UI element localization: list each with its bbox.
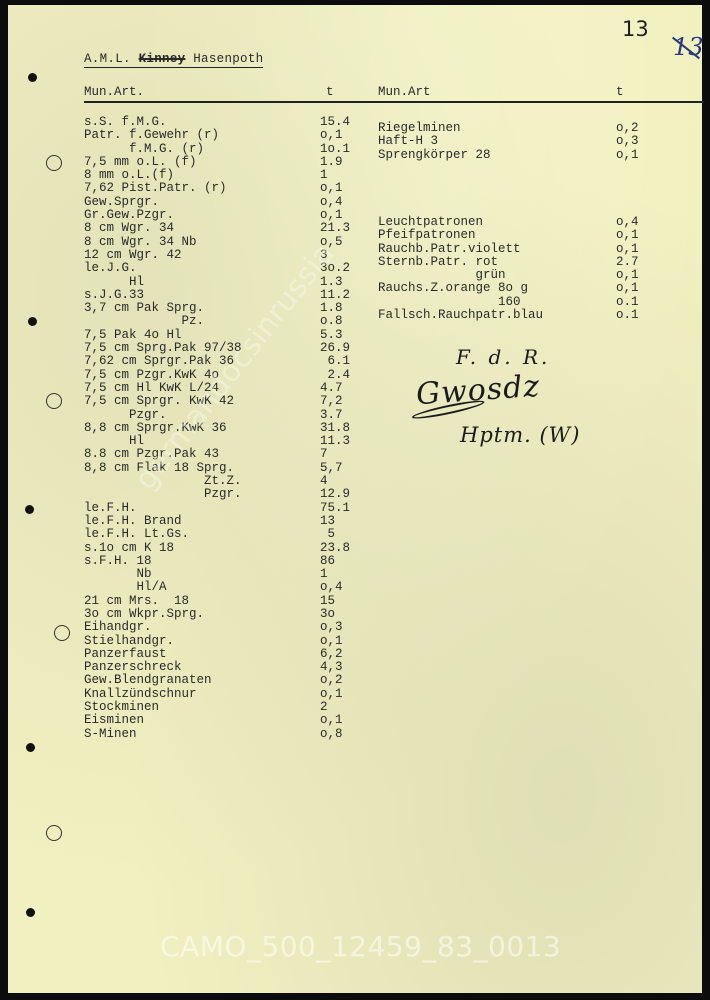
munition-row: 160o.1 bbox=[378, 296, 668, 309]
munition-type: Knallzündschnur bbox=[84, 688, 197, 701]
munition-tonnage: o,2 bbox=[616, 122, 639, 135]
munition-type: Gew.Sprgr. bbox=[84, 196, 159, 209]
header-rule bbox=[84, 101, 704, 103]
munition-tonnage: 6,2 bbox=[320, 648, 343, 661]
munition-type: Gr.Gew.Pzgr. bbox=[84, 209, 174, 222]
document-page: 13 13 A.M.L. Kinney Hasenpoth Mun.Art. t… bbox=[8, 5, 702, 993]
munition-tonnage: 1.8 bbox=[320, 302, 343, 315]
munition-row: Knallzündschnuro,1 bbox=[84, 688, 374, 701]
punch-hole bbox=[26, 908, 35, 917]
munition-row: Pz.o.8 bbox=[84, 315, 374, 328]
munition-row: 7,62 Pist.Patr. (r)o,1 bbox=[84, 182, 374, 195]
munition-type: grün bbox=[378, 269, 506, 282]
munition-tonnage: 6.1 bbox=[320, 355, 350, 368]
munition-row: 8 cm Wgr. 34 Nbo,5 bbox=[84, 236, 374, 249]
munition-type: le.F.H. bbox=[84, 502, 137, 515]
munition-type: Hl bbox=[84, 276, 144, 289]
munition-type: s.S. f.M.G. bbox=[84, 116, 167, 129]
munition-tonnage: o,3 bbox=[320, 621, 343, 634]
munition-row: 7,5 Pak 4o Hl5.3 bbox=[84, 329, 374, 342]
munition-row: grüno,1 bbox=[378, 269, 668, 282]
munition-type: Fallsch.Rauchpatr.blau bbox=[378, 309, 543, 322]
munition-type: Hl/A bbox=[84, 581, 167, 594]
munition-type: Stockminen bbox=[84, 701, 159, 714]
title-place: Hasenpoth bbox=[193, 52, 263, 66]
munition-type: le.J.G. bbox=[84, 262, 137, 275]
munition-tonnage: 2.4 bbox=[320, 369, 350, 382]
munition-row: s.J.G.3311.2 bbox=[84, 289, 374, 302]
munition-type: 8 cm Wgr. 34 Nb bbox=[84, 236, 197, 249]
munition-type: Pfeifpatronen bbox=[378, 229, 476, 242]
munition-tonnage: o,3 bbox=[616, 135, 639, 148]
punch-hole bbox=[25, 505, 34, 514]
munition-tonnage: o,2 bbox=[320, 674, 343, 687]
munition-tonnage: 15 bbox=[320, 595, 335, 608]
ring-mark bbox=[46, 155, 62, 171]
munition-tonnage: o,1 bbox=[320, 714, 343, 727]
munition-tonnage: o,8 bbox=[320, 728, 343, 741]
right-munitions-list-2: Leuchtpatroneno,4Pfeifpatroneno,1Rauchb.… bbox=[378, 216, 668, 322]
munition-row: le.F.H. Lt.Gs. 5 bbox=[84, 528, 374, 541]
munition-tonnage: 4 bbox=[320, 475, 328, 488]
munition-type: s.1o cm K 18 bbox=[84, 542, 174, 555]
munition-row: Hl/Ao,4 bbox=[84, 581, 374, 594]
munition-type: f.M.G. (r) bbox=[84, 143, 204, 156]
munition-tonnage: o,1 bbox=[616, 269, 639, 282]
munition-tonnage: 1o.1 bbox=[320, 143, 350, 156]
munition-tonnage: o,1 bbox=[320, 635, 343, 648]
munition-tonnage: 7,2 bbox=[320, 395, 343, 408]
munition-row: le.F.H. Brand13 bbox=[84, 515, 374, 528]
page-number: 13 bbox=[622, 17, 649, 41]
munition-row: 21 cm Mrs. 1815 bbox=[84, 595, 374, 608]
munition-row: Hl1.3 bbox=[84, 276, 374, 289]
munition-tonnage: 11.2 bbox=[320, 289, 350, 302]
munition-type: 7,5 mm o.L. (f) bbox=[84, 156, 197, 169]
munition-tonnage: 26.9 bbox=[320, 342, 350, 355]
right-header-name: Mun.Art bbox=[378, 85, 431, 99]
ring-mark bbox=[54, 625, 70, 641]
munition-row: 8 mm o.L.(f)1 bbox=[84, 169, 374, 182]
munition-row: Sternb.Patr. rot2.7 bbox=[378, 256, 668, 269]
munition-tonnage: o,4 bbox=[616, 216, 639, 229]
munition-row: Zt.Z.4 bbox=[84, 475, 374, 488]
munition-type: 7,62 Pist.Patr. (r) bbox=[84, 182, 227, 195]
munition-row: Pfeifpatroneno,1 bbox=[378, 229, 668, 242]
munition-type: Patr. f.Gewehr (r) bbox=[84, 129, 219, 142]
munition-tonnage: o,4 bbox=[320, 196, 343, 209]
munition-type: 3,7 cm Pak Sprg. bbox=[84, 302, 204, 315]
munition-type: 12 cm Wgr. 42 bbox=[84, 249, 182, 262]
munition-tonnage: 75.1 bbox=[320, 502, 350, 515]
munition-row: 8.8 cm Pzgr.Pak 437 bbox=[84, 448, 374, 461]
munition-row: Gr.Gew.Pzgr.o,1 bbox=[84, 209, 374, 222]
munition-tonnage: 23.8 bbox=[320, 542, 350, 555]
munition-tonnage: 21.3 bbox=[320, 222, 350, 235]
munition-type: Hl bbox=[84, 435, 144, 448]
munition-tonnage: 5.3 bbox=[320, 329, 343, 342]
munition-row: 3,7 cm Pak Sprg.1.8 bbox=[84, 302, 374, 315]
signature-name: Gwosdz bbox=[415, 369, 541, 413]
left-header-name: Mun.Art. bbox=[84, 85, 144, 99]
munition-row: S-Mineno,8 bbox=[84, 728, 374, 741]
munition-type: Pzgr. bbox=[84, 488, 242, 501]
munition-type: Panzerfaust bbox=[84, 648, 167, 661]
munition-type: le.F.H. Lt.Gs. bbox=[84, 528, 189, 541]
munition-tonnage: 5,7 bbox=[320, 462, 343, 475]
munition-tonnage: 11.3 bbox=[320, 435, 350, 448]
munition-tonnage: o,1 bbox=[320, 182, 343, 195]
munition-tonnage: 1 bbox=[320, 169, 328, 182]
munition-type: 160 bbox=[378, 296, 521, 309]
title-struck-word: Kinney bbox=[139, 52, 186, 66]
munition-row: le.F.H.75.1 bbox=[84, 502, 374, 515]
munition-tonnage: 13 bbox=[320, 515, 335, 528]
munition-type: Gew.Blendgranaten bbox=[84, 674, 212, 687]
munition-type: Nb bbox=[84, 568, 152, 581]
munition-tonnage: 3o bbox=[320, 608, 335, 621]
munition-type: Pz. bbox=[84, 315, 204, 328]
munition-row: Gew.Blendgranateno,2 bbox=[84, 674, 374, 687]
munition-row: Pzgr.3.7 bbox=[84, 409, 374, 422]
munition-tonnage: 5 bbox=[320, 528, 335, 541]
munition-tonnage: 2 bbox=[320, 701, 328, 714]
munition-row: Panzerschreck4,3 bbox=[84, 661, 374, 674]
munition-type: 3o cm Wkpr.Sprg. bbox=[84, 608, 204, 621]
archive-watermark: CAMO_500_12459_83_0013 bbox=[160, 930, 561, 963]
munition-type: Riegelminen bbox=[378, 122, 461, 135]
munition-type: 7,5 cm Sprg.Pak 97/38 bbox=[84, 342, 242, 355]
punch-hole bbox=[28, 317, 37, 326]
munition-tonnage: o.8 bbox=[320, 315, 343, 328]
left-munitions-list: s.S. f.M.G.15.4Patr. f.Gewehr (r)o,1 f.M… bbox=[84, 116, 374, 741]
munition-tonnage: o,4 bbox=[320, 581, 343, 594]
munition-tonnage: 86 bbox=[320, 555, 335, 568]
munition-row: Riegelmineno,2 bbox=[378, 122, 668, 135]
munition-row: Sprengkörper 28o,1 bbox=[378, 149, 668, 162]
munition-row: Pzgr.12.9 bbox=[84, 488, 374, 501]
munition-type: 21 cm Mrs. 18 bbox=[84, 595, 189, 608]
munition-type: Stielhandgr. bbox=[84, 635, 174, 648]
munition-row: 7,5 mm o.L. (f)1.9 bbox=[84, 156, 374, 169]
munition-type: Sternb.Patr. rot bbox=[378, 256, 498, 269]
munition-type: 8 mm o.L.(f) bbox=[84, 169, 174, 182]
munition-row: Patr. f.Gewehr (r)o,1 bbox=[84, 129, 374, 142]
munition-type: 7,5 Pak 4o Hl bbox=[84, 329, 182, 342]
crossed-old-page-number: 13 bbox=[673, 33, 704, 61]
munition-row: Rauchb.Patr.violetto,1 bbox=[378, 243, 668, 256]
munition-tonnage: o,1 bbox=[616, 229, 639, 242]
munition-type: S-Minen bbox=[84, 728, 137, 741]
munition-tonnage: o,1 bbox=[320, 688, 343, 701]
punch-hole bbox=[28, 73, 37, 82]
munition-row: s.S. f.M.G.15.4 bbox=[84, 116, 374, 129]
munition-row: 8,8 cm Sprgr.KwK 3631.8 bbox=[84, 422, 374, 435]
munition-row: Stockminen2 bbox=[84, 701, 374, 714]
munition-tonnage: 3.7 bbox=[320, 409, 343, 422]
munition-tonnage: o,1 bbox=[616, 149, 639, 162]
munition-tonnage: 12.9 bbox=[320, 488, 350, 501]
left-header-unit: t bbox=[326, 85, 334, 99]
punch-hole bbox=[26, 743, 35, 752]
munition-tonnage: 1 bbox=[320, 568, 328, 581]
munition-row: f.M.G. (r)1o.1 bbox=[84, 143, 374, 156]
munition-row: Eihandgr.o,3 bbox=[84, 621, 374, 634]
munition-type: le.F.H. Brand bbox=[84, 515, 182, 528]
munition-type: s.J.G.33 bbox=[84, 289, 144, 302]
munition-type: Rauchs.Z.orange 8o g bbox=[378, 282, 528, 295]
munition-row: Leuchtpatroneno,4 bbox=[378, 216, 668, 229]
munition-type: Panzerschreck bbox=[84, 661, 182, 674]
munition-tonnage: 31.8 bbox=[320, 422, 350, 435]
munition-tonnage: o.1 bbox=[616, 296, 639, 309]
document-title: A.M.L. Kinney Hasenpoth bbox=[84, 52, 263, 68]
munition-type: Sprengkörper 28 bbox=[378, 149, 491, 162]
munition-row: 3o cm Wkpr.Sprg.3o bbox=[84, 608, 374, 621]
munition-row: s.F.H. 1886 bbox=[84, 555, 374, 568]
munition-type: Rauchb.Patr.violett bbox=[378, 243, 521, 256]
title-prefix: A.M.L. bbox=[84, 52, 131, 66]
munition-row: Rauchs.Z.orange 8o go,1 bbox=[378, 282, 668, 295]
munition-row: 8 cm Wgr. 3421.3 bbox=[84, 222, 374, 235]
munition-row: Hl11.3 bbox=[84, 435, 374, 448]
munition-tonnage: 1.9 bbox=[320, 156, 343, 169]
munition-type: 7,5 cm Pzgr.KwK 4o bbox=[84, 369, 219, 382]
munition-tonnage: 7 bbox=[320, 448, 328, 461]
munition-tonnage: 2.7 bbox=[616, 256, 639, 269]
munition-type: Leuchtpatronen bbox=[378, 216, 483, 229]
munition-type: 8 cm Wgr. 34 bbox=[84, 222, 174, 235]
ring-mark bbox=[46, 825, 62, 841]
munition-row: 8,8 cm Flak 18 Sprg.5,7 bbox=[84, 462, 374, 475]
munition-row: Gew.Sprgr.o,4 bbox=[84, 196, 374, 209]
munition-type: s.F.H. 18 bbox=[84, 555, 152, 568]
munition-row: s.1o cm K 1823.8 bbox=[84, 542, 374, 555]
munition-row: Fallsch.Rauchpatr.blauo.1 bbox=[378, 309, 668, 322]
munition-row: Stielhandgr.o,1 bbox=[84, 635, 374, 648]
munition-type: Eihandgr. bbox=[84, 621, 152, 634]
munition-row: Eismineno,1 bbox=[84, 714, 374, 727]
right-munitions-list-1: Riegelmineno,2Haft-H 3o,3Sprengkörper 28… bbox=[378, 122, 668, 162]
munition-type: Eisminen bbox=[84, 714, 144, 727]
ring-mark bbox=[46, 393, 62, 409]
munition-tonnage: o,1 bbox=[320, 209, 343, 222]
munition-tonnage: o.1 bbox=[616, 309, 639, 322]
signature-fdr: F. d. R. bbox=[456, 345, 550, 369]
munition-type: Pzgr. bbox=[84, 409, 167, 422]
munition-row: Haft-H 3o,3 bbox=[378, 135, 668, 148]
right-header-unit: t bbox=[616, 85, 624, 99]
munition-tonnage: 15.4 bbox=[320, 116, 350, 129]
signature-rank: Hptm. (W) bbox=[460, 423, 580, 447]
munition-tonnage: o,1 bbox=[320, 129, 343, 142]
munition-type: Haft-H 3 bbox=[378, 135, 438, 148]
munition-row: Nb1 bbox=[84, 568, 374, 581]
munition-row: Panzerfaust6,2 bbox=[84, 648, 374, 661]
munition-tonnage: 4,3 bbox=[320, 661, 343, 674]
munition-tonnage: 4.7 bbox=[320, 382, 343, 395]
munition-tonnage: o,1 bbox=[616, 243, 639, 256]
munition-tonnage: o,1 bbox=[616, 282, 639, 295]
